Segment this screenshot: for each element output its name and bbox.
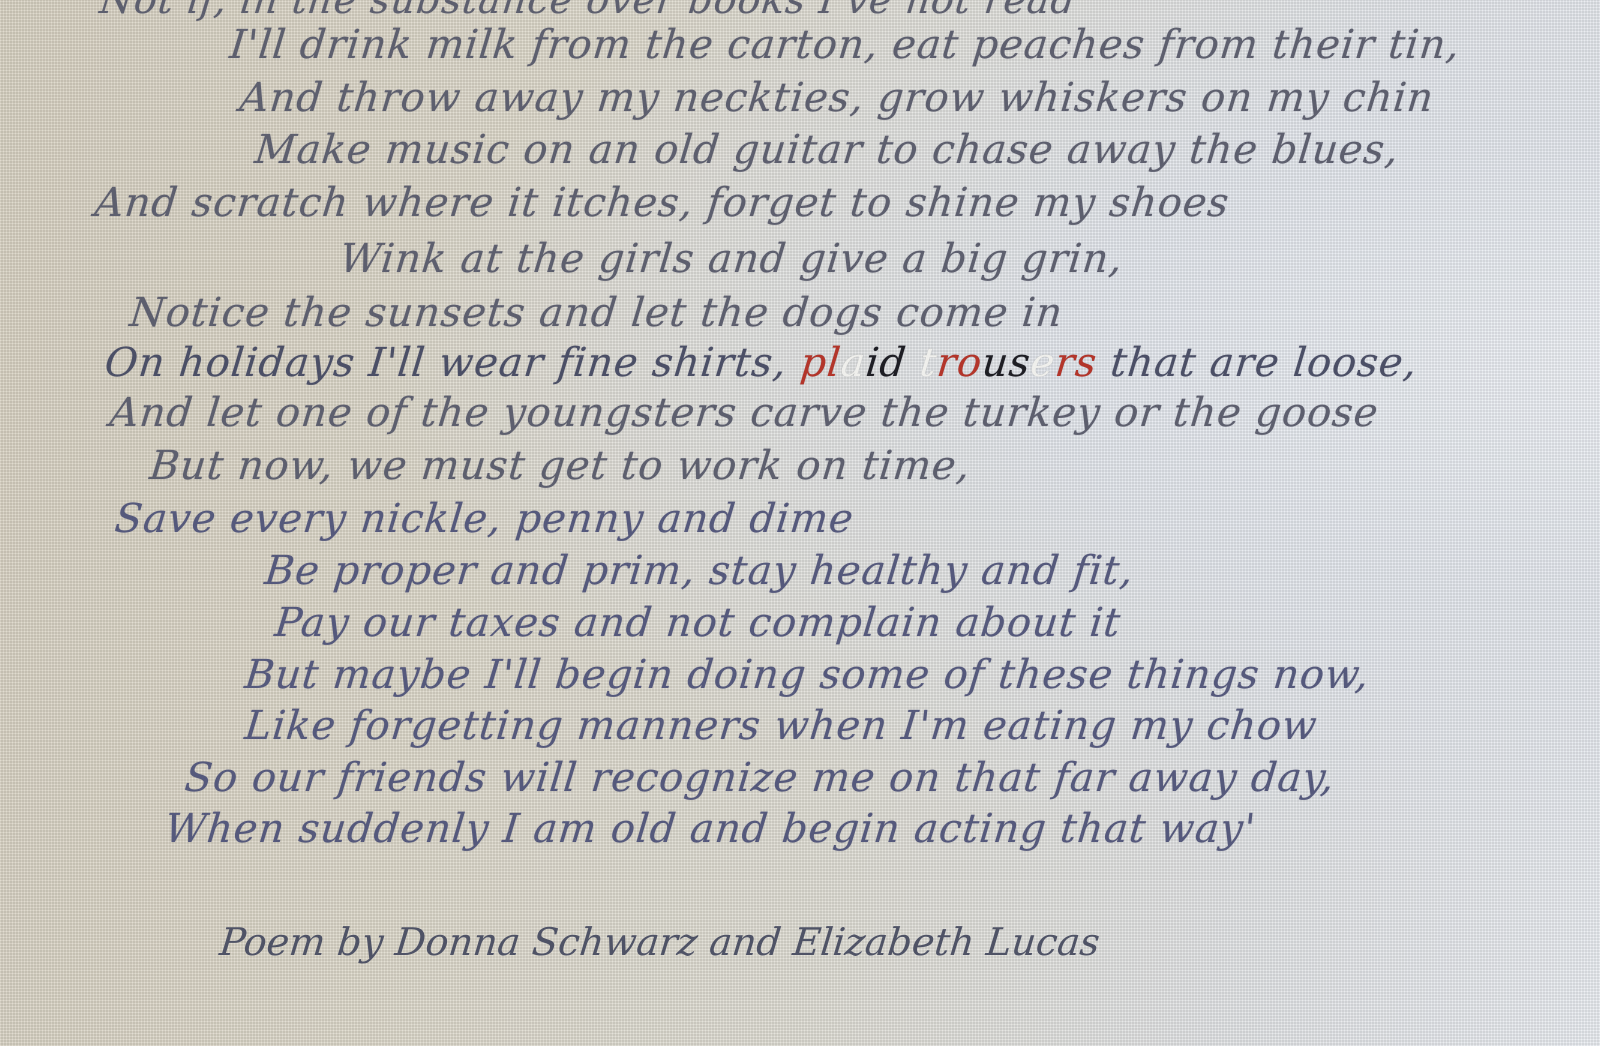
poem-line-5: And scratch where it itches, forget to s… bbox=[93, 180, 1232, 226]
trousers-segment-ro: ro bbox=[935, 340, 985, 386]
trousers-segment-rs: rs bbox=[1053, 340, 1099, 386]
poem-attribution: Poem by Donna Schwarz and Elizabeth Luca… bbox=[218, 920, 1102, 964]
poem-line-16: So our friends will recognize me on that… bbox=[183, 755, 1337, 801]
poem-line-8-suffix: that are loose, bbox=[1095, 340, 1420, 386]
poem-line-11: Save every nickle, penny and dime bbox=[113, 496, 857, 542]
poem-line-13: Pay our taxes and not complain about it bbox=[273, 600, 1124, 646]
poem-line-14: But maybe I'll begin doing some of these… bbox=[243, 652, 1372, 698]
poem-line-17: When suddenly I am old and begin acting … bbox=[163, 806, 1259, 852]
poem-line-10: But now, we must get to work on time, bbox=[148, 443, 973, 489]
poem-line-2: I'll drink milk from the carton, eat pea… bbox=[228, 22, 1463, 68]
poem-line-7: Notice the sunsets and let the dogs come… bbox=[128, 290, 1066, 336]
poem-line-1: Not if, in the substance over books I've… bbox=[98, 0, 1079, 22]
trousers-segment-t: t bbox=[904, 340, 940, 386]
poem-line-4: Make music on an old guitar to chase awa… bbox=[253, 127, 1402, 173]
trousers-segment-us: us bbox=[980, 340, 1033, 386]
embroidered-poem-canvas: Not if, in the substance over books I've… bbox=[0, 0, 1600, 1046]
poem-line-8-prefix: On holidays I'll wear fine shirts, bbox=[103, 340, 804, 386]
poem-line-9: And let one of the youngsters carve the … bbox=[108, 390, 1381, 436]
poem-line-3: And throw away my neckties, grow whisker… bbox=[238, 75, 1437, 121]
plaid-segment-id: id bbox=[864, 340, 909, 386]
poem-line-6: Wink at the girls and give a big grin, bbox=[338, 236, 1126, 282]
poem-line-15: Like forgetting manners when I'm eating … bbox=[243, 703, 1320, 749]
poem-line-12: Be proper and prim, stay healthy and fit… bbox=[263, 548, 1137, 594]
poem-line-8: On holidays I'll wear fine shirts, plaid… bbox=[103, 340, 1420, 386]
plaid-segment-pl: pl bbox=[798, 340, 843, 386]
